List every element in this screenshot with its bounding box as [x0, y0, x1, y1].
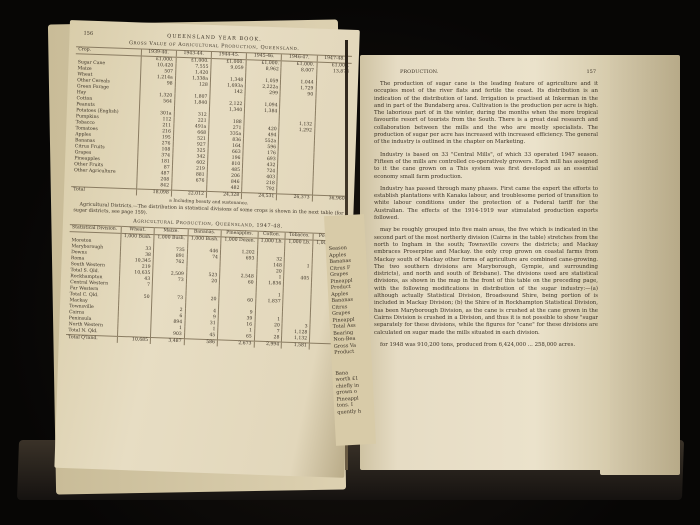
page-number: 156 — [83, 30, 93, 36]
district-production-table: Statistical Division.Wheat.Maize.Bananas… — [66, 224, 345, 351]
table-cell: 586 — [184, 339, 218, 347]
unit-cell: 1,000 Bush. — [154, 235, 188, 243]
table-cell: 18,098 — [136, 189, 171, 197]
paragraph: Industry is based on 33 "Central Mills",… — [374, 152, 598, 181]
gross-value-table: Crop.1939-40.1943-44.1944-45.1945-46.194… — [71, 46, 351, 203]
table-cell: Total — [71, 187, 136, 196]
table-cell: Total Q'land. — [66, 335, 117, 343]
running-head: PRODUCTION. — [400, 69, 438, 75]
table-cell: 36,960 — [312, 195, 347, 203]
paragraph: Industry has passed through many phases.… — [374, 186, 598, 222]
table-cell: 1,581 — [282, 342, 310, 349]
page-number: 157 — [586, 69, 596, 75]
table-cell: 2,673 — [217, 340, 254, 348]
table-cell: 2,994 — [254, 341, 282, 348]
paragraph: for 1948 was 910,200 tons, produced from… — [374, 342, 598, 349]
paragraph: may be roughly grouped into five main ar… — [374, 227, 598, 336]
left-page: 156 QUEENSLAND YEAR BOOK. Gross Value of… — [54, 20, 359, 478]
unit-cell: 1,000 Bush. — [120, 233, 154, 241]
table-cell: 3,487 — [150, 338, 184, 346]
unit-cell: 1,000 Bush. — [187, 236, 221, 244]
table-cell: 24,328 — [206, 191, 241, 199]
right-page-stack — [600, 55, 680, 475]
table-cell: 22,012 — [171, 190, 206, 198]
unit-cell: 1,000 Lb. — [257, 238, 285, 245]
paragraph: The production of sugar cane is the lead… — [374, 81, 598, 147]
unit-cell: 1,000 Dozen. — [221, 237, 258, 245]
right-page: PRODUCTION. 157 The production of sugar … — [360, 55, 610, 470]
table-cell: 10,685 — [117, 336, 151, 344]
fragment-line: quently h — [337, 407, 372, 415]
table-cell: 26,373 — [277, 194, 312, 202]
unit-cell: 1,000 Lb. — [285, 239, 313, 246]
table-cell: 24,531 — [242, 193, 277, 201]
